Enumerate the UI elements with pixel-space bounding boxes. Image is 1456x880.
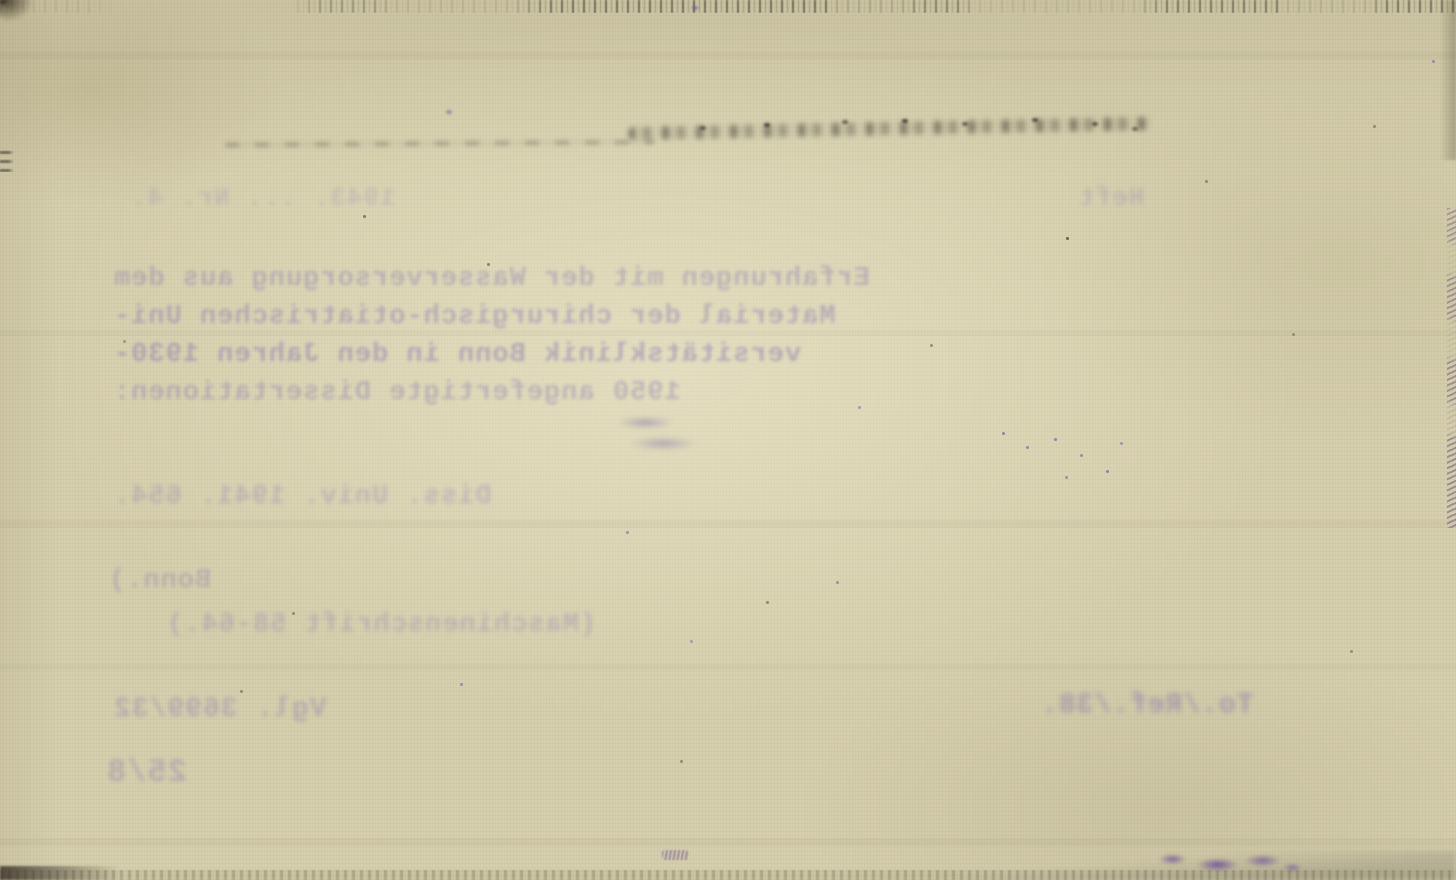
purple-ink-smudge (1150, 848, 1300, 876)
paper-speckles (363, 215, 366, 218)
smudge-dots (0, 0, 6, 4)
blotted-ink-fragment (598, 412, 716, 454)
bleedthrough-paragraph-line: Erfahrungen mit der Wasserversorgung aus… (113, 264, 870, 294)
right-edge-shade (1440, 0, 1456, 160)
bleedthrough-reference-left: Vgl. 3699/32 (113, 694, 327, 725)
bleedthrough-paragraph-line: versitätsklinik Bonn in den Jahren 1930- (113, 340, 801, 370)
right-edge-stitch-marks (1447, 208, 1456, 528)
scan-band (0, 838, 1456, 846)
ink-speckles (1002, 432, 1005, 435)
graphite-smudge-line-left (225, 139, 655, 147)
bleedthrough-header-left: 1943. ... Nr. 4. (130, 183, 396, 213)
bleedthrough-citation-line: Diss. Univ. 1941. 654. (113, 482, 491, 512)
left-edge-marks (0, 146, 14, 172)
bleedthrough-header-right: Heft (1078, 183, 1144, 213)
small-ink-squiggle (662, 850, 688, 860)
graphite-smudge-line-right (628, 117, 1150, 140)
bottom-left-corner-stain (0, 866, 120, 880)
bleedthrough-reference-right: To./Ref./38. (1040, 690, 1254, 721)
top-edge-streak-band (0, 0, 1456, 13)
bleedthrough-place-line: Bonn.) (108, 566, 211, 596)
scan-band (0, 664, 1456, 670)
bleedthrough-paragraph-line: 1950 angefertigte Dissertationen: (113, 378, 681, 408)
scan-band (0, 52, 1456, 59)
bleedthrough-note-line: (Maschinenschrift 58-64.) (166, 610, 596, 640)
scan-band (0, 520, 1456, 528)
bleedthrough-paragraph-line: Material der chirurgisch-otiatrischen Un… (113, 302, 836, 332)
scanned-document-page: 1943. ... Nr. 4. Heft Erfahrungen mit de… (0, 0, 1456, 880)
bleedthrough-date-mark: 25/8 (106, 754, 187, 791)
